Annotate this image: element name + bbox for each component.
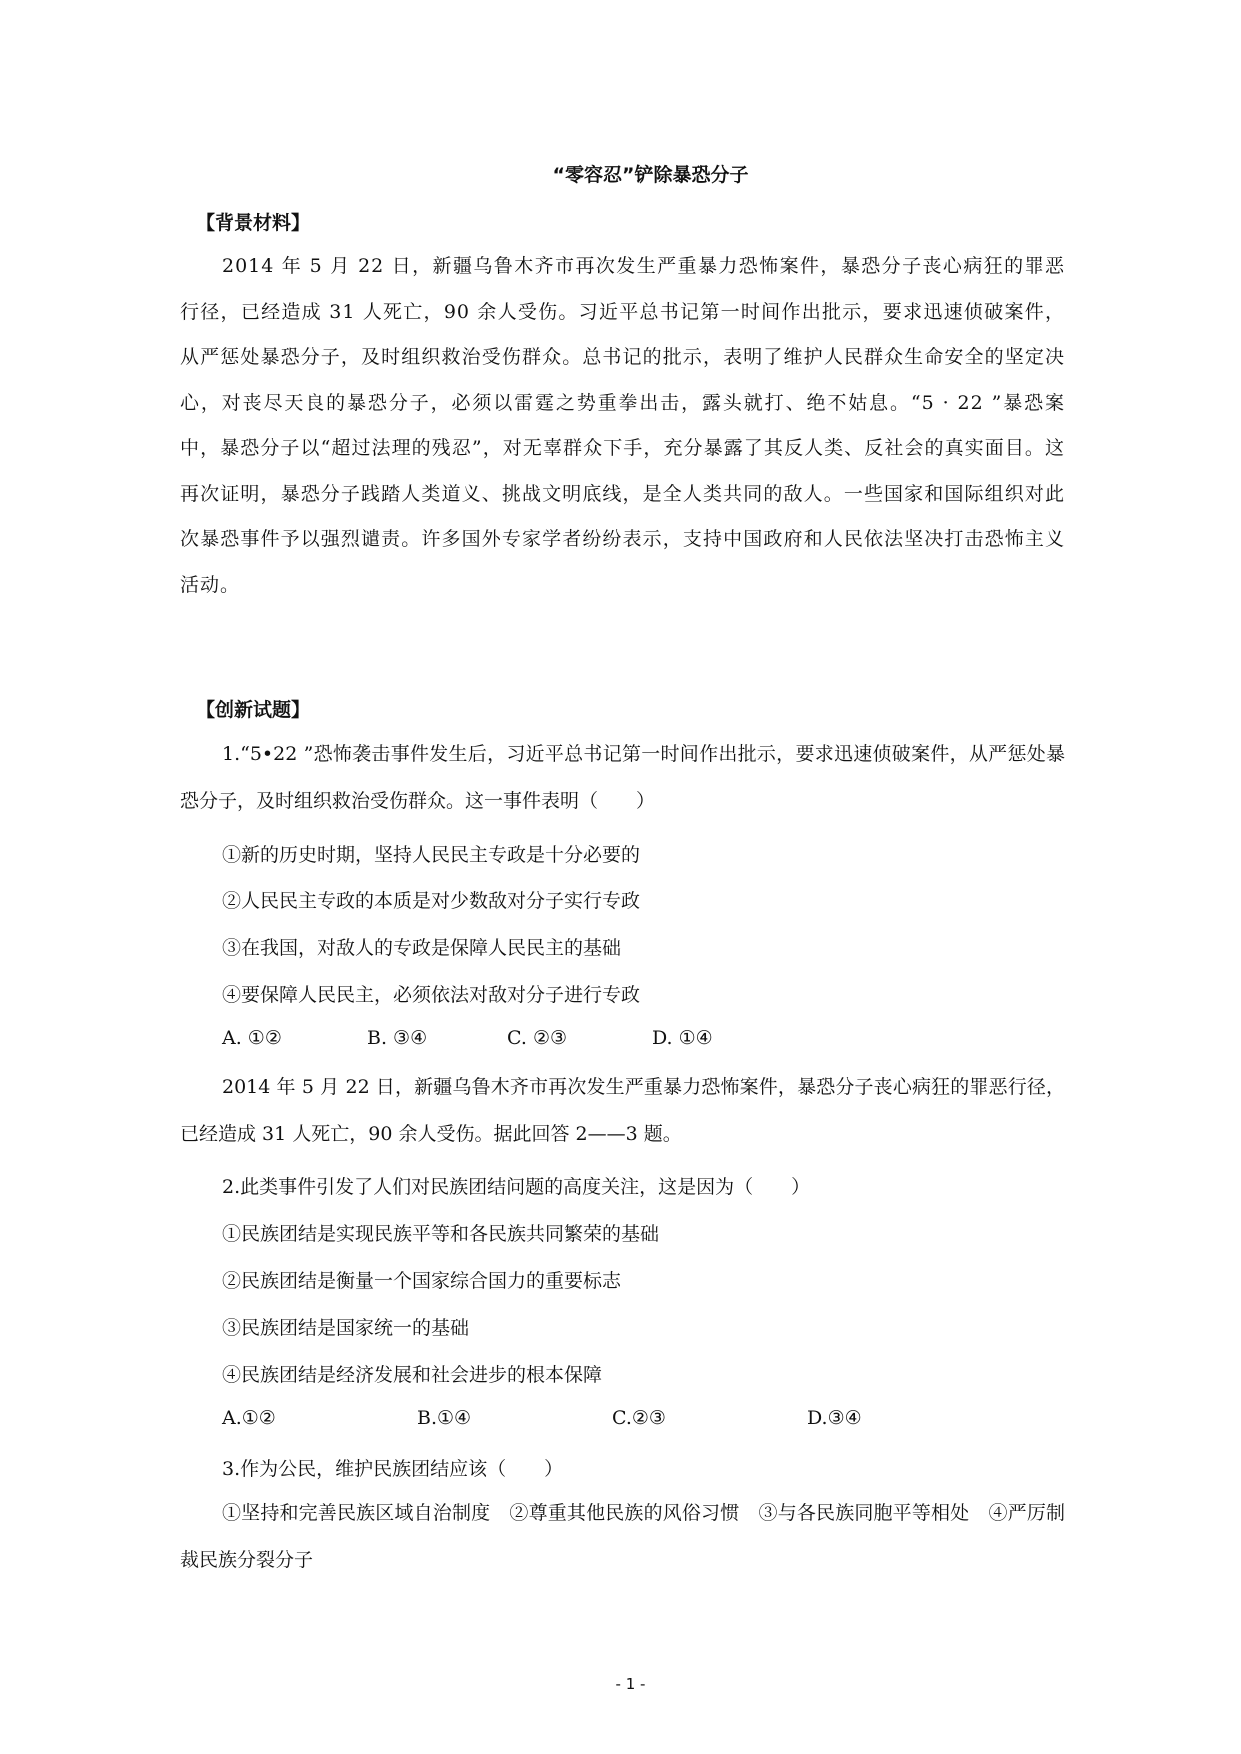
document-title: “零容忍”铲除暴恐分子 — [0, 160, 1241, 187]
question-2-stem: 2.此类事件引发了人们对民族团结问题的高度关注，这是因为（ ） — [222, 1172, 810, 1199]
question-1-choice-a[interactable]: A. ①② — [222, 1027, 367, 1049]
question-1-item-4: ④要保障人民民主，必须依法对敌对分子进行专政 — [222, 980, 640, 1007]
question-1-choice-d[interactable]: D. ①④ — [652, 1027, 713, 1049]
question-2-item-4: ④民族团结是经济发展和社会进步的根本保障 — [222, 1360, 602, 1387]
question-2-item-3: ③民族团结是国家统一的基础 — [222, 1313, 469, 1340]
question-1-item-1: ①新的历史时期，坚持人民民主专政是十分必要的 — [222, 840, 640, 867]
question-1-choice-c[interactable]: C. ②③ — [507, 1027, 652, 1049]
question-2-choice-c[interactable]: C.②③ — [612, 1407, 807, 1429]
question-2-choice-d[interactable]: D.③④ — [807, 1407, 862, 1429]
question-2-item-2: ②民族团结是衡量一个国家综合国力的重要标志 — [222, 1266, 621, 1293]
page-number: - 1 - — [0, 1675, 1241, 1693]
questions-section-heading: 【创新试题】 — [196, 695, 310, 722]
shared-material-paragraph: 2014 年 5 月 22 日，新疆乌鲁木齐市再次发生严重暴力恐怖案件，暴恐分子… — [180, 1064, 1065, 1158]
background-paragraph: 2014 年 5 月 22 日，新疆乌鲁木齐市再次发生严重暴力恐怖案件，暴恐分子… — [180, 244, 1065, 608]
question-2-choice-b[interactable]: B.①④ — [417, 1407, 612, 1429]
question-1-item-3: ③在我国，对敌人的专政是保障人民民主的基础 — [222, 933, 621, 960]
question-3-items: ①坚持和完善民族区域自治制度 ②尊重其他民族的风俗习惯 ③与各民族同胞平等相处 … — [180, 1490, 1065, 1584]
question-1-choices: A. ①②B. ③④C. ②③D. ①④ — [222, 1027, 713, 1049]
question-2-choices: A.①②B.①④C.②③D.③④ — [222, 1407, 862, 1429]
document-page: “零容忍”铲除暴恐分子 【背景材料】 2014 年 5 月 22 日，新疆乌鲁木… — [0, 0, 1241, 1754]
question-3-stem: 3.作为公民，维护民族团结应该（ ） — [222, 1454, 563, 1481]
question-2-choice-a[interactable]: A.①② — [222, 1407, 417, 1429]
question-2-item-1: ①民族团结是实现民族平等和各民族共同繁荣的基础 — [222, 1219, 659, 1246]
question-1-choice-b[interactable]: B. ③④ — [367, 1027, 507, 1049]
question-1-item-2: ②人民民主专政的本质是对少数敌对分子实行专政 — [222, 886, 640, 913]
question-1-stem: 1.“5•22 ”恐怖袭击事件发生后，习近平总书记第一时间作出批示，要求迅速侦破… — [180, 731, 1065, 825]
background-section-heading: 【背景材料】 — [196, 208, 310, 235]
